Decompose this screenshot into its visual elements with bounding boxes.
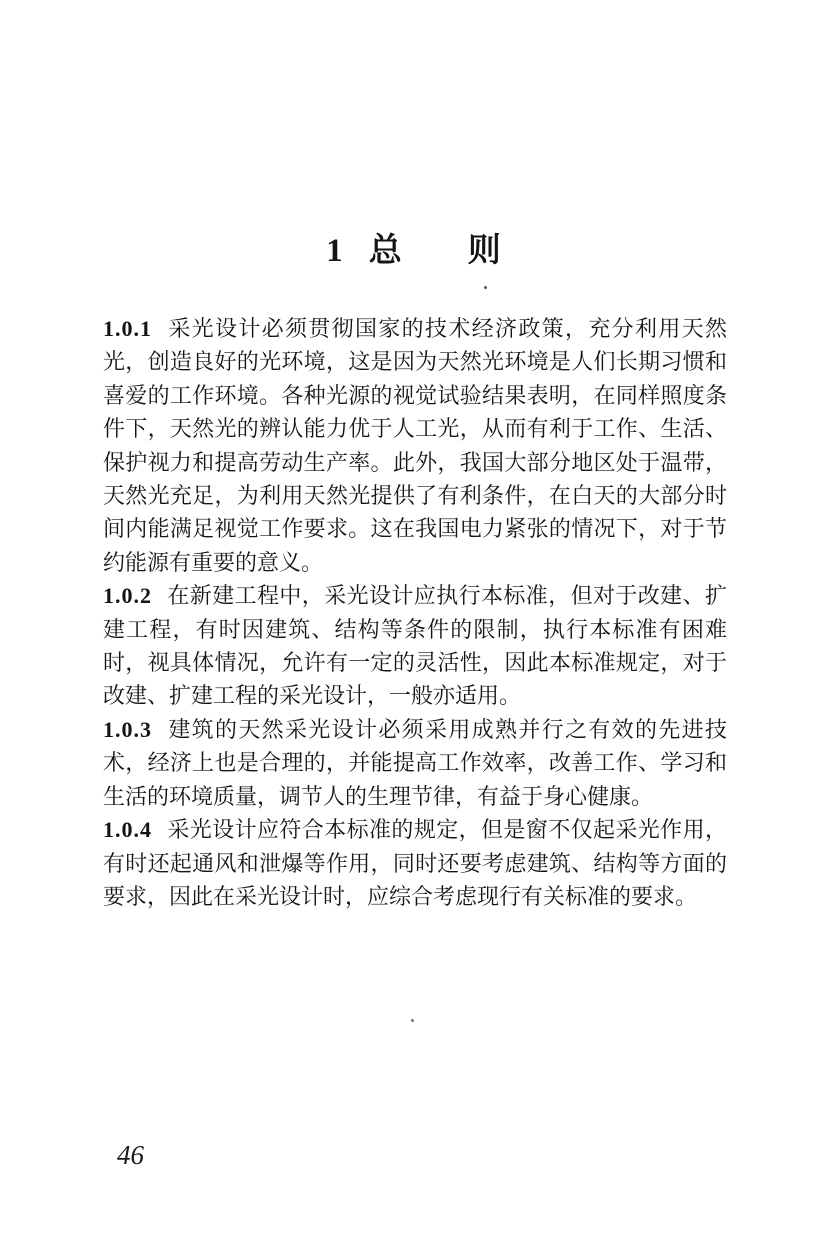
clause-text: 在新建工程中，采光设计应执行本标准，但对于改建、扩建工程，有时因建筑、结构等条件…: [103, 583, 727, 708]
chapter-title-text: 总 则: [369, 233, 501, 269]
clause-number: 1.0.2: [103, 583, 152, 608]
clause-text: 建筑的天然采光设计必须采用成熟并行之有效的先进技术，经济上也是合理的，并能提高工…: [103, 717, 727, 809]
chapter-title: 1总 则: [0, 224, 827, 271]
clause-1-0-3: 1.0.3建筑的天然采光设计必须采用成熟并行之有效的先进技术，经济上也是合理的，…: [103, 713, 727, 813]
clause-1-0-2: 1.0.2在新建工程中，采光设计应执行本标准，但对于改建、扩建工程，有时因建筑、…: [103, 579, 727, 713]
clause-number: 1.0.3: [103, 717, 152, 742]
clause-1-0-4: 1.0.4采光设计应符合本标准的规定，但是窗不仅起采光作用，有时还起通风和泄爆等…: [103, 813, 727, 913]
scan-speck: [411, 1019, 414, 1022]
chapter-number: 1: [326, 233, 343, 269]
clause-text: 采光设计必须贯彻国家的技术经济政策，充分利用天然光，创造良好的光环境，这是因为天…: [103, 316, 727, 575]
clause-1-0-1: 1.0.1采光设计必须贯彻国家的技术经济政策，充分利用天然光，创造良好的光环境，…: [103, 312, 727, 579]
document-page: 1总 则 1.0.1采光设计必须贯彻国家的技术经济政策，充分利用天然光，创造良好…: [0, 0, 827, 1241]
scan-speck: [484, 286, 487, 289]
clause-number: 1.0.4: [103, 817, 152, 842]
body-text: 1.0.1采光设计必须贯彻国家的技术经济政策，充分利用天然光，创造良好的光环境，…: [103, 312, 727, 913]
page-number: 46: [117, 1140, 144, 1171]
clause-text: 采光设计应符合本标准的规定，但是窗不仅起采光作用，有时还起通风和泄爆等作用，同时…: [103, 817, 727, 909]
clause-number: 1.0.1: [103, 316, 152, 341]
